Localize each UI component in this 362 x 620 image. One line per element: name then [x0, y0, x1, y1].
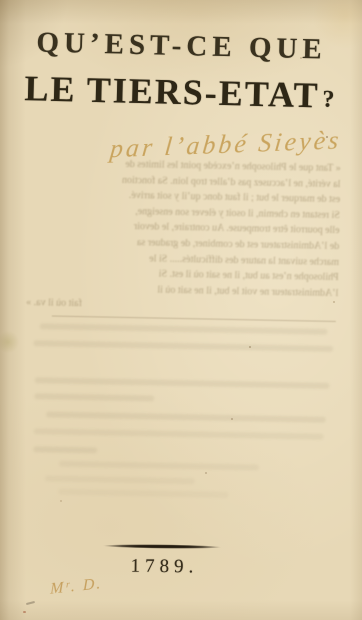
showthrough-text-line	[40, 323, 328, 335]
paper-speck	[249, 346, 251, 348]
paper-speck	[300, 57, 302, 59]
showthrough-text-line	[45, 475, 195, 484]
swelled-printer-rule	[88, 543, 236, 550]
showthrough-rule	[52, 316, 336, 322]
book-title-page: QU’EST-CE QUE LE TIERS-ETAT? par l’abbé …	[0, 0, 362, 620]
paper-speck	[205, 472, 207, 474]
showthrough-text-line	[33, 340, 333, 352]
paper-speck	[333, 301, 335, 303]
paper-speck	[60, 500, 62, 502]
showthrough-text-line	[35, 377, 330, 389]
epigraph-showthrough: « Tant que le Philosophe n’excède point …	[26, 155, 341, 317]
imprint-year: 1789.	[88, 555, 236, 579]
paper-speck	[326, 136, 328, 138]
showthrough-text-line	[34, 393, 154, 401]
showthrough-text-line	[58, 489, 228, 498]
showthrough-text-line	[59, 461, 259, 471]
showthrough-text-line	[33, 446, 97, 453]
showthrough-text-line	[46, 411, 326, 422]
showthrough-layer: « Tant que le Philosophe n’excède point …	[0, 0, 362, 620]
paper-speck	[231, 418, 233, 420]
showthrough-text-line	[34, 428, 324, 440]
imprint-block: 1789.	[88, 543, 236, 579]
paper-speck	[23, 611, 26, 613]
